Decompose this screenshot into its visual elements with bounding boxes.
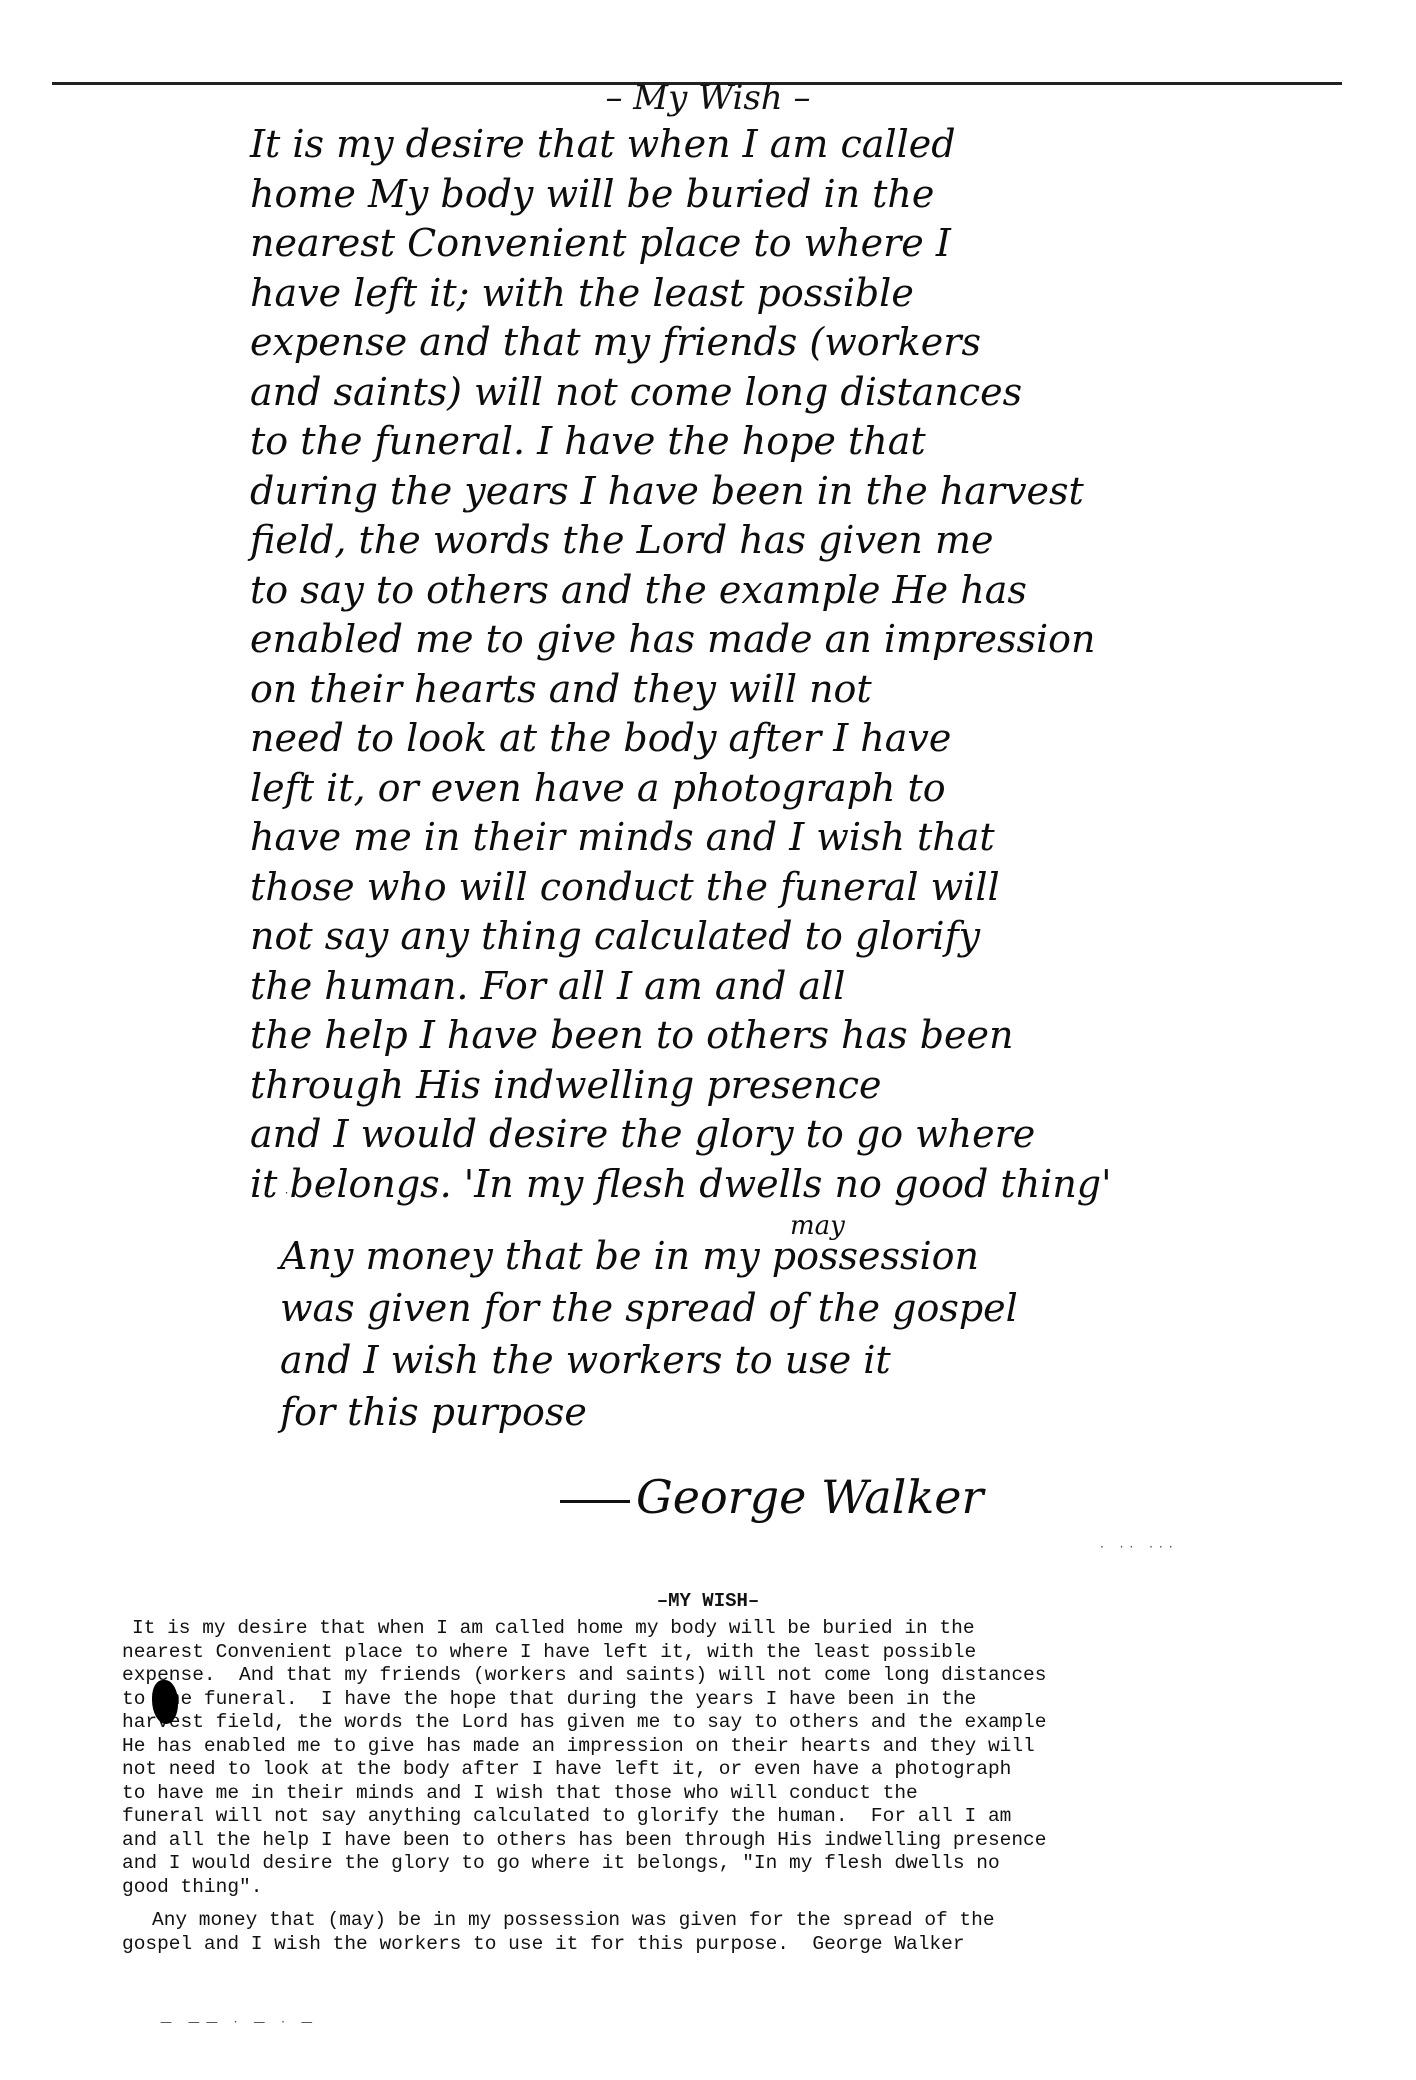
handwritten-line: and I would desire the glory to go where — [250, 1110, 1300, 1160]
typed-title: –MY WISH– — [0, 1590, 1416, 1612]
handwritten-line: enabled me to give has made an impressio… — [250, 615, 1300, 665]
handwritten-line: home My body will be buried in the — [250, 170, 1300, 220]
typed-line: expense. And that my friends (workers an… — [122, 1664, 1332, 1688]
typed-line: to have me in their minds and I wish tha… — [122, 1782, 1332, 1806]
handwritten-line: left it, or even have a photograph to — [250, 764, 1300, 814]
typed-line: harvest field, the words the Lord has gi… — [122, 1711, 1332, 1735]
handwritten-line: have left it; with the least possible — [250, 269, 1300, 319]
handwritten-line: expense and that my friends (workers — [250, 318, 1300, 368]
handwritten-line: it belongs. 'In my flesh dwells no good … — [250, 1160, 1300, 1210]
handwritten-line: have me in their minds and I wish that — [250, 813, 1300, 863]
scan-noise: — —— · — · — — [160, 2015, 319, 2029]
handwritten-signature: George Walker — [560, 1470, 983, 1524]
typed-transcription: It is my desire that when I am called ho… — [132, 1617, 1332, 1956]
typed-line: funeral will not say anything calculated… — [122, 1805, 1332, 1829]
handwritten-line: It is my desire that when I am called — [250, 120, 1300, 170]
handwritten-line: through His indwelling presence — [250, 1061, 1300, 1111]
typed-line: not need to look at the body after I hav… — [122, 1758, 1332, 1782]
scan-noise: · · · · — [265, 1186, 334, 1200]
handwritten-line: those who will conduct the funeral will — [250, 863, 1300, 913]
typed-line: gospel and I wish the workers to use it … — [122, 1933, 1332, 1957]
typed-line: He has enabled me to give has made an im… — [122, 1735, 1332, 1759]
typed-line: and I would desire the glory to go where… — [122, 1852, 1332, 1876]
typed-line: to the funeral. I have the hope that dur… — [122, 1688, 1332, 1712]
signature-text: George Walker — [636, 1470, 983, 1524]
handwritten-money-line: was given for the spread of the gospel — [280, 1282, 1300, 1334]
handwritten-line: and saints) will not come long distances — [250, 368, 1300, 418]
handwritten-line: field, the words the Lord has given me — [250, 516, 1300, 566]
typed-line: nearest Convenient place to where I have… — [122, 1641, 1332, 1665]
typed-line: and all the help I have been to others h… — [122, 1829, 1332, 1853]
typed-line: It is my desire that when I am called ho… — [132, 1617, 1332, 1641]
handwritten-line: on their hearts and they will not — [250, 665, 1300, 715]
ink-blot — [152, 1680, 178, 1724]
handwritten-line: need to look at the body after I have — [250, 714, 1300, 764]
handwritten-line: the help I have been to others has been — [250, 1011, 1300, 1061]
handwritten-money-paragraph: may Any money that be in my possessionwa… — [280, 1230, 1300, 1438]
handwritten-body: It is my desire that when I am calledhom… — [250, 120, 1300, 1209]
handwritten-insert-may: may — [790, 1200, 845, 1252]
handwritten-line: during the years I have been in the harv… — [250, 467, 1300, 517]
handwritten-line: the human. For all I am and all — [250, 962, 1300, 1012]
typed-line: good thing". — [122, 1876, 1332, 1900]
handwritten-title: – My Wish – — [0, 78, 1416, 118]
handwritten-line: to say to others and the example He has — [250, 566, 1300, 616]
handwritten-money-line: and I wish the workers to use it — [280, 1334, 1300, 1386]
handwritten-line: to the funeral. I have the hope that — [250, 417, 1300, 467]
scan-noise: · ·· ··· — [1100, 1540, 1179, 1554]
handwritten-money-line: for this purpose — [280, 1386, 1300, 1438]
typed-line: Any money that (may) be in my possession… — [132, 1909, 1332, 1933]
handwritten-line: nearest Convenient place to where I — [250, 219, 1300, 269]
handwritten-line: not say any thing calculated to glorify — [250, 912, 1300, 962]
signature-flourish — [560, 1500, 630, 1503]
